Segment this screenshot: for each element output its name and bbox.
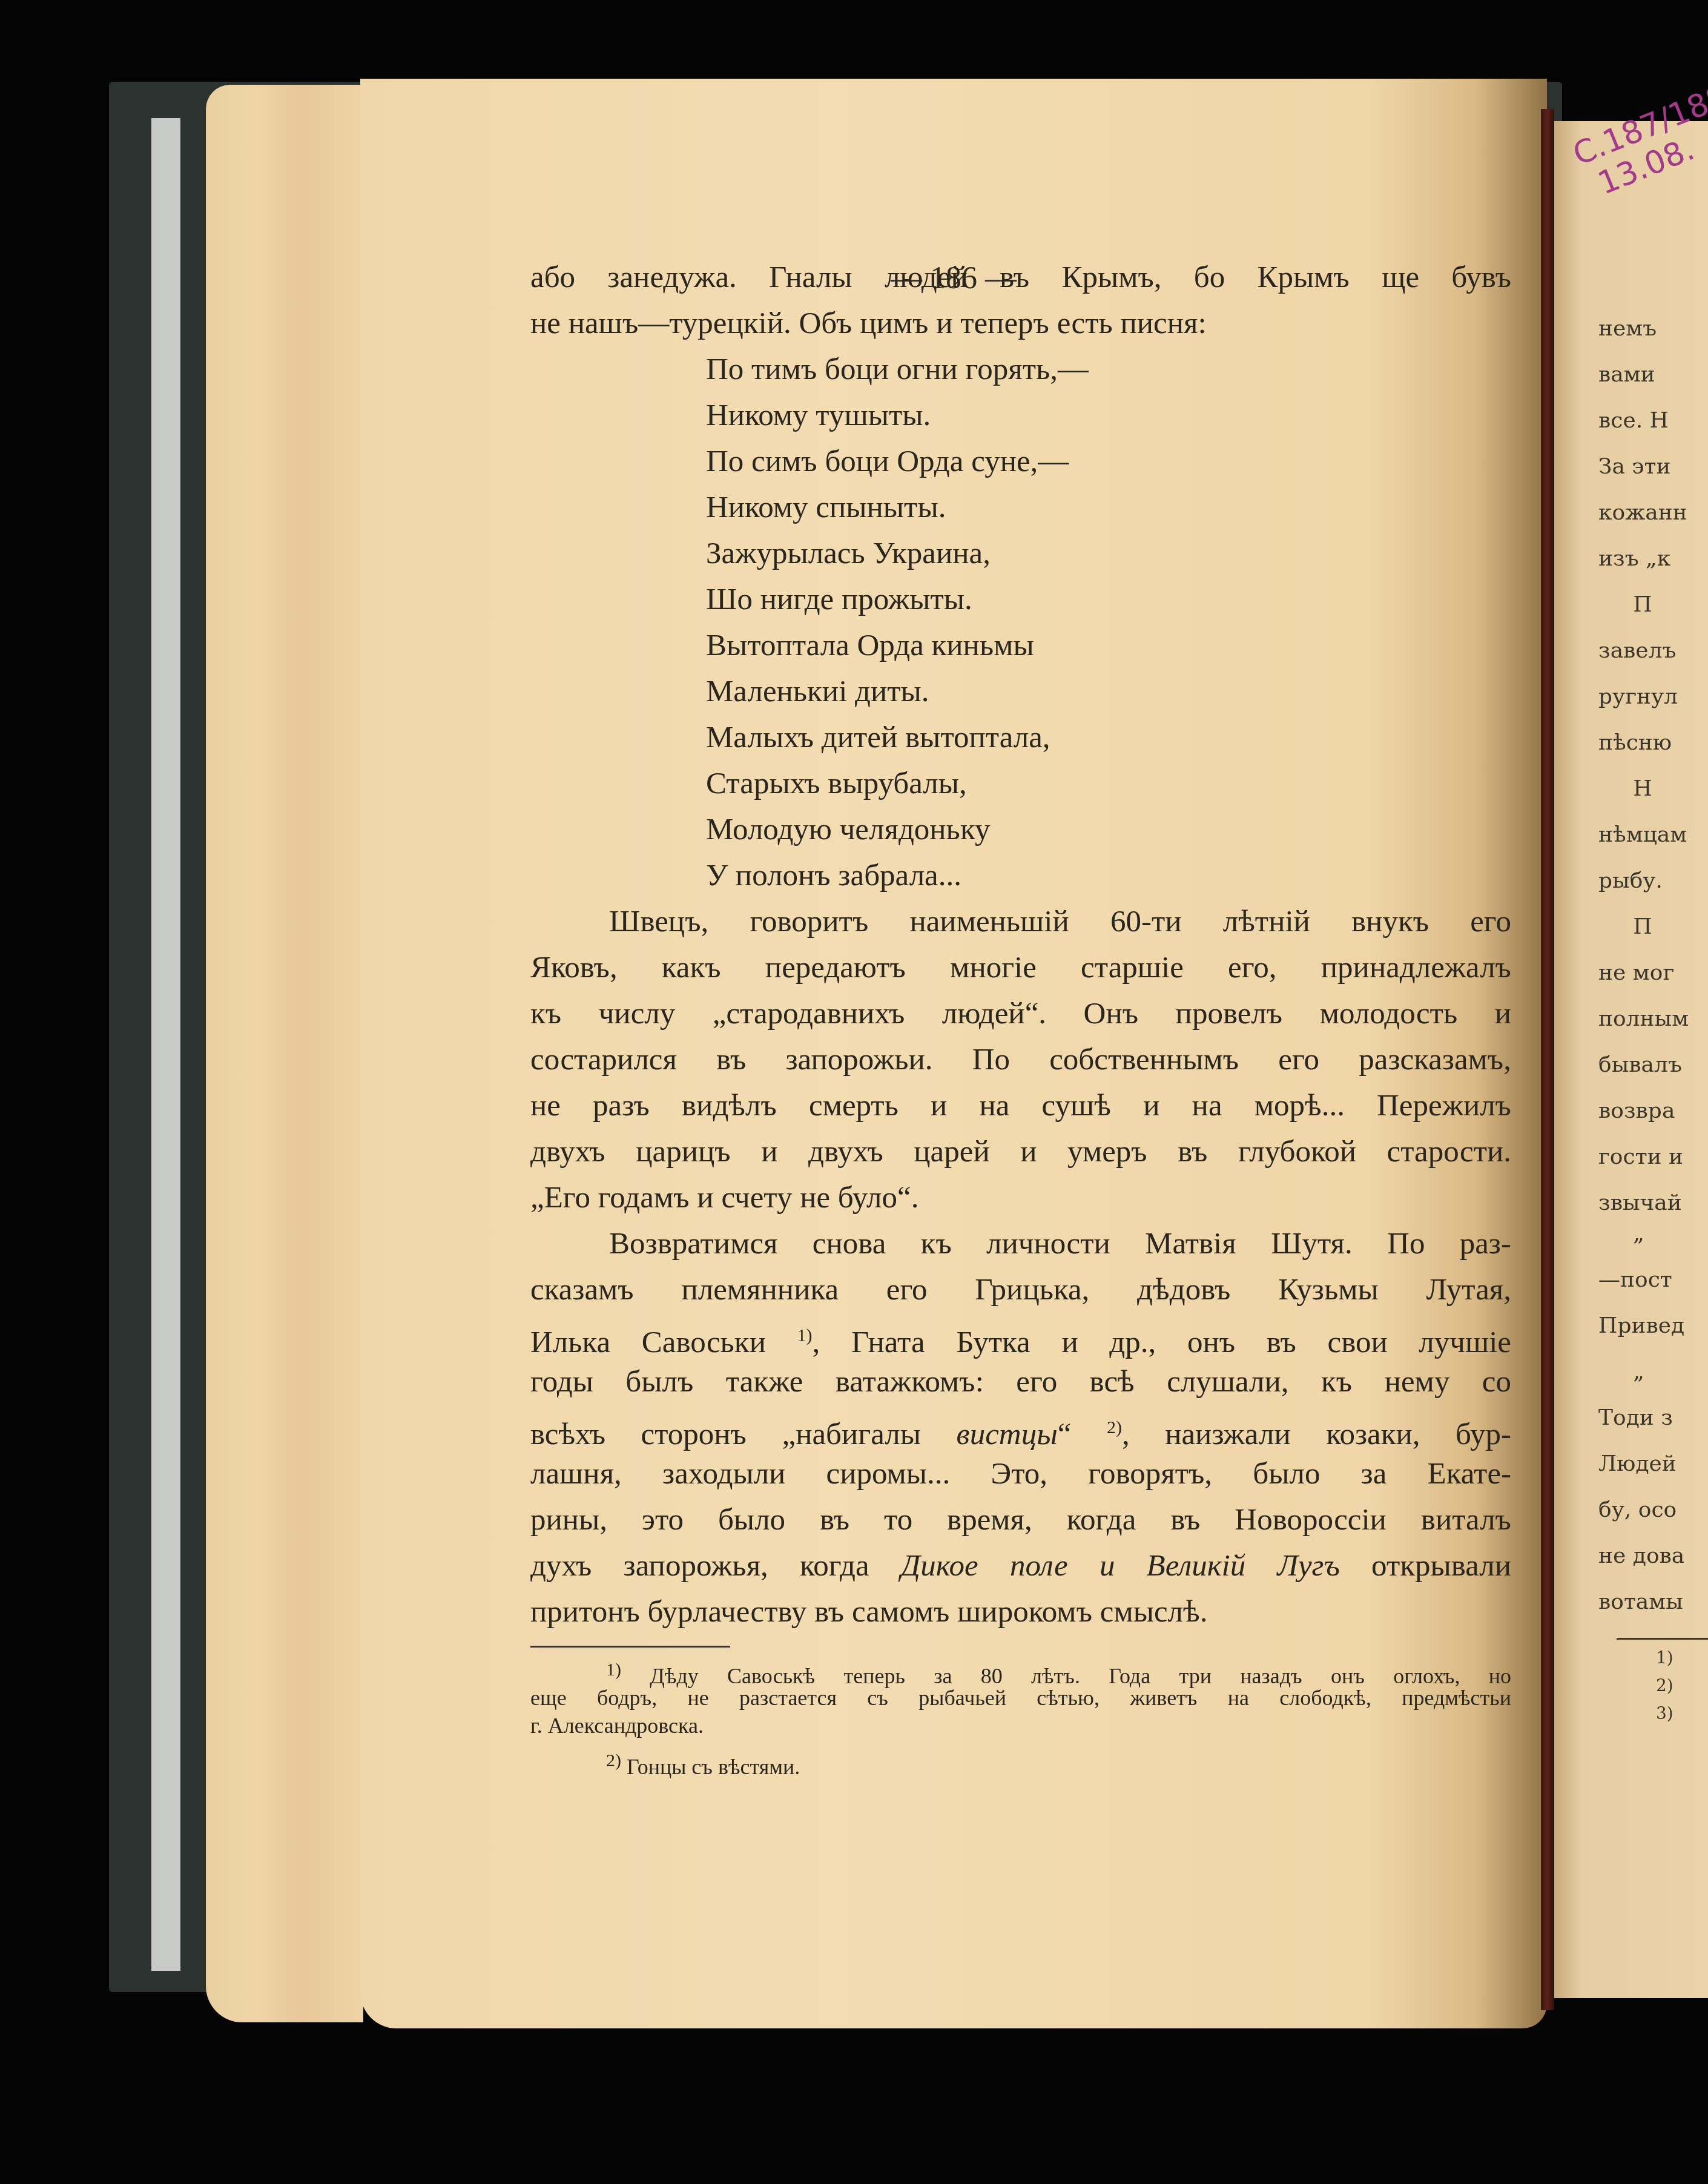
text-line: не нашъ—турецкій. Объ цимъ и теперъ есть… <box>530 300 1511 346</box>
footnote-line: еще бодръ, не разстается съ рыбачьей сѣт… <box>530 1684 1511 1712</box>
italic-term: вистцы <box>957 1417 1058 1451</box>
page-stack-edge <box>206 85 363 2022</box>
text-span: , наизжали козаки, бур- <box>1122 1417 1511 1451</box>
text-line: состарился въ запорожьи. По собственнымъ… <box>530 1037 1511 1083</box>
rp-line: пѣсню <box>1598 720 1708 766</box>
endpaper-edge <box>151 118 180 1971</box>
footnote-line: г. Александровска. <box>530 1712 1511 1740</box>
rp-line: „ <box>1598 1211 1708 1257</box>
rp-line: возвра <box>1598 1088 1708 1134</box>
rp-line: завелъ <box>1598 628 1708 674</box>
right-page-text-top: немъ вами все. Н За эти кожанн изъ „к П … <box>1598 306 1708 1226</box>
poem-line: Шо нигде прожыты. <box>530 576 1511 622</box>
poem-line: Старыхъ вырубалы, <box>530 760 1511 807</box>
text-span: духъ запорожья, когда <box>530 1549 901 1583</box>
left-page-body: або занедужа. Гналы людей въ Крымъ, бо К… <box>530 254 1511 1775</box>
book-gutter <box>1541 109 1554 2010</box>
text-line: сказамъ племянника его Грицька, дѣдовъ К… <box>530 1267 1511 1313</box>
poem-line: Маленькиі диты. <box>530 668 1511 714</box>
rp-line: гости и <box>1598 1134 1708 1180</box>
rp-line: кожанн <box>1598 490 1708 536</box>
paragraph: Швецъ, говоритъ наименьшій 60-ти лѣтній … <box>530 899 1511 1221</box>
rp-line: Тоди з <box>1598 1395 1708 1441</box>
rp-footnote-mark: 3) <box>1656 1700 1708 1727</box>
rp-line: полным <box>1598 996 1708 1042</box>
text-line: не разъ видѣлъ смерть и на сушѣ и на мор… <box>530 1083 1511 1129</box>
poem-line: По тимъ боци огни горять,— <box>530 346 1511 392</box>
text-span: Илька Савоськи <box>530 1325 797 1359</box>
poem: По тимъ боци огни горять,— Никому тушыты… <box>530 346 1511 899</box>
rp-line: вами <box>1598 352 1708 398</box>
poem-line: Никому тушыты. <box>530 392 1511 438</box>
poem-line: У полонъ забрала... <box>530 853 1511 899</box>
poem-line: Молодую челядоньку <box>530 807 1511 853</box>
rp-footnote-mark: 2) <box>1656 1672 1708 1700</box>
rp-line: —пост <box>1598 1257 1708 1303</box>
text-line: притонъ бурлачеству въ самомъ широкомъ с… <box>530 1589 1511 1635</box>
text-line: двухъ царицъ и двухъ царей и умеръ въ гл… <box>530 1129 1511 1175</box>
rp-line: немъ <box>1598 306 1708 352</box>
rp-line: нѣмцам <box>1598 812 1708 858</box>
right-footnote-divider <box>1617 1638 1708 1640</box>
text-span: всѣхъ сторонъ „набигалы <box>530 1417 957 1451</box>
text-line: Яковъ, какъ передаютъ многіе старшіе его… <box>530 945 1511 991</box>
text-line: лашня, заходыли сиромы... Это, говорятъ,… <box>530 1451 1511 1497</box>
text-line: къ числу „стародавнихъ людей“. Онъ прове… <box>530 991 1511 1037</box>
text-line: всѣхъ сторонъ „набигалы вистцы“ 2), наиз… <box>530 1405 1511 1451</box>
text-line: „Его годамъ и счету не було“. <box>530 1175 1511 1221</box>
text-span: , Гната Бутка и др., онъ въ свои лучшіе <box>813 1325 1511 1359</box>
text-line: або занедужа. Гналы людей въ Крымъ, бо К… <box>530 254 1511 300</box>
text-line: духъ запорожья, когда Дикое поле и Велик… <box>530 1543 1511 1589</box>
rp-line: Н <box>1598 766 1708 812</box>
rp-line: Людей <box>1598 1441 1708 1487</box>
rp-line: Привед <box>1598 1303 1708 1349</box>
text-line: Илька Савоськи 1), Гната Бутка и др., он… <box>530 1313 1511 1359</box>
text-span: открывали <box>1340 1549 1511 1583</box>
rp-line: не мог <box>1598 950 1708 996</box>
rp-line: вотамы <box>1598 1579 1708 1625</box>
rp-footnote-mark: 1) <box>1656 1644 1708 1672</box>
right-page-text-bottom: „ —пост Привед „ Тоди з Людей бу, осо не… <box>1598 1211 1708 1625</box>
footnote-ref-1[interactable]: 1) <box>797 1325 813 1345</box>
rp-line: не дова <box>1598 1533 1708 1579</box>
right-page-footnote-marks: 1) 2) 3) <box>1598 1644 1708 1727</box>
poem-line: Зажурылась Украина, <box>530 530 1511 576</box>
rp-line: бывалъ <box>1598 1042 1708 1088</box>
poem-line: Малыхъ дитей вытоптала, <box>530 714 1511 760</box>
text-line: рины, это было въ то время, когда въ Нов… <box>530 1497 1511 1543</box>
poem-line: Вытоптала Орда киньмы <box>530 622 1511 668</box>
italic-term: Дикое поле и Великій Лугъ <box>901 1549 1340 1583</box>
rp-line: ругнул <box>1598 674 1708 720</box>
text-line: годы былъ также ватажкомъ: его всѣ слуша… <box>530 1359 1511 1405</box>
footnote-text: Гонцы съ вѣстями. <box>621 1755 800 1779</box>
footnote-1: 1) Дѣду Савоськѣ теперь за 80 лѣтъ. Года… <box>530 1656 1511 1684</box>
rp-line: изъ „к <box>1598 536 1708 582</box>
rp-line: бу, осо <box>1598 1487 1708 1533</box>
footnote-divider <box>530 1646 730 1648</box>
footnote-mark: 1) <box>606 1660 621 1680</box>
footnotes: 1) Дѣду Савоськѣ теперь за 80 лѣтъ. Года… <box>530 1656 1511 1775</box>
rp-line: рыбу. <box>1598 858 1708 904</box>
paragraph: Возвратимся снова къ личности Матвія Шут… <box>530 1221 1511 1635</box>
rp-line: „ <box>1598 1349 1708 1395</box>
footnote-mark: 2) <box>606 1750 621 1770</box>
rp-line: все. Н <box>1598 398 1708 444</box>
rp-line: За эти <box>1598 444 1708 490</box>
text-span: “ <box>1058 1417 1107 1451</box>
rp-line: П <box>1598 904 1708 950</box>
text-line: Швецъ, говоритъ наименьшій 60-ти лѣтній … <box>530 899 1511 945</box>
poem-line: По симъ боци Орда суне,— <box>530 438 1511 484</box>
poem-line: Никому спыныты. <box>530 484 1511 530</box>
footnote-ref-2[interactable]: 2) <box>1107 1417 1122 1437</box>
rp-line: П <box>1598 582 1708 628</box>
footnote-2: 2) Гонцы съ вѣстями. <box>530 1747 1511 1775</box>
text-line: Возвратимся снова къ личности Матвія Шут… <box>530 1221 1511 1267</box>
